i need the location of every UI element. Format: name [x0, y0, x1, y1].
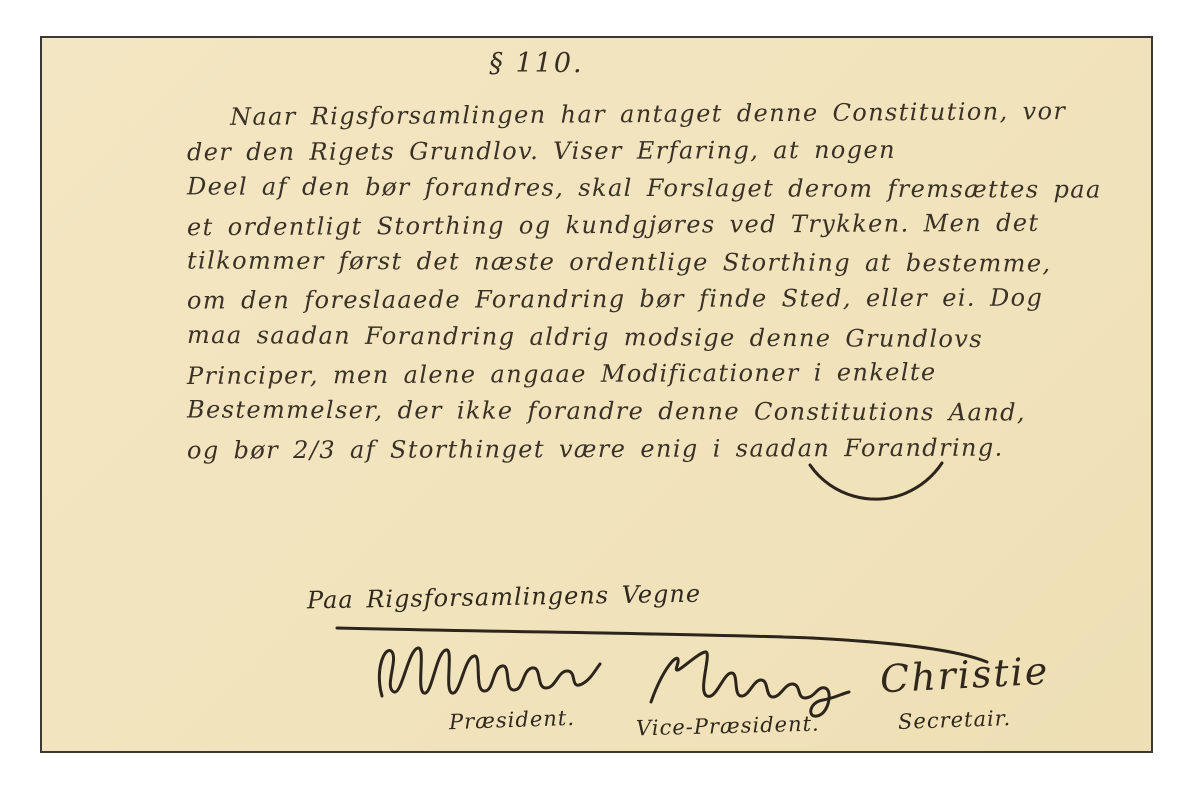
president-signature [372, 638, 602, 716]
president-role-label: Præsident. [449, 706, 576, 734]
vice-president-role-label: Vice-Præsident. [636, 712, 820, 741]
manuscript-line: et ordentligt Storthing og kundgjøres ve… [187, 209, 1040, 241]
manuscript-line: Principer, men alene angaae Modification… [187, 358, 937, 390]
manuscript-line: Naar Rigsforsamlingen har antaget denne … [230, 97, 1066, 131]
manuscript-line: Bestemmelser, der ikke forandre denne Co… [187, 396, 1026, 427]
scanned-document-image: § 110. Naar Rigsforsamlingen har antaget… [0, 0, 1200, 799]
manuscript-paper: § 110. Naar Rigsforsamlingen har antaget… [40, 36, 1153, 753]
manuscript-line: Deel af den bør forandres, skal Forslage… [187, 172, 1102, 203]
flourish-stroke [802, 459, 952, 511]
manuscript-line: maa saadan Forandring aldrig modsige den… [187, 321, 983, 353]
on-behalf-line: Paa Rigsforsamlingens Vegne [307, 580, 701, 615]
manuscript-line: om den foreslaaede Forandring bør finde … [187, 284, 1043, 315]
manuscript-line: der den Rigets Grundlov. Viser Erfaring,… [187, 136, 896, 166]
secretary-signature: Christie [879, 649, 1050, 702]
manuscript-line: tilkommer først det næste ordentlige Sto… [187, 246, 1052, 277]
section-title: § 110. [42, 48, 1031, 79]
secretary-role-label: Secretair. [898, 706, 1012, 734]
